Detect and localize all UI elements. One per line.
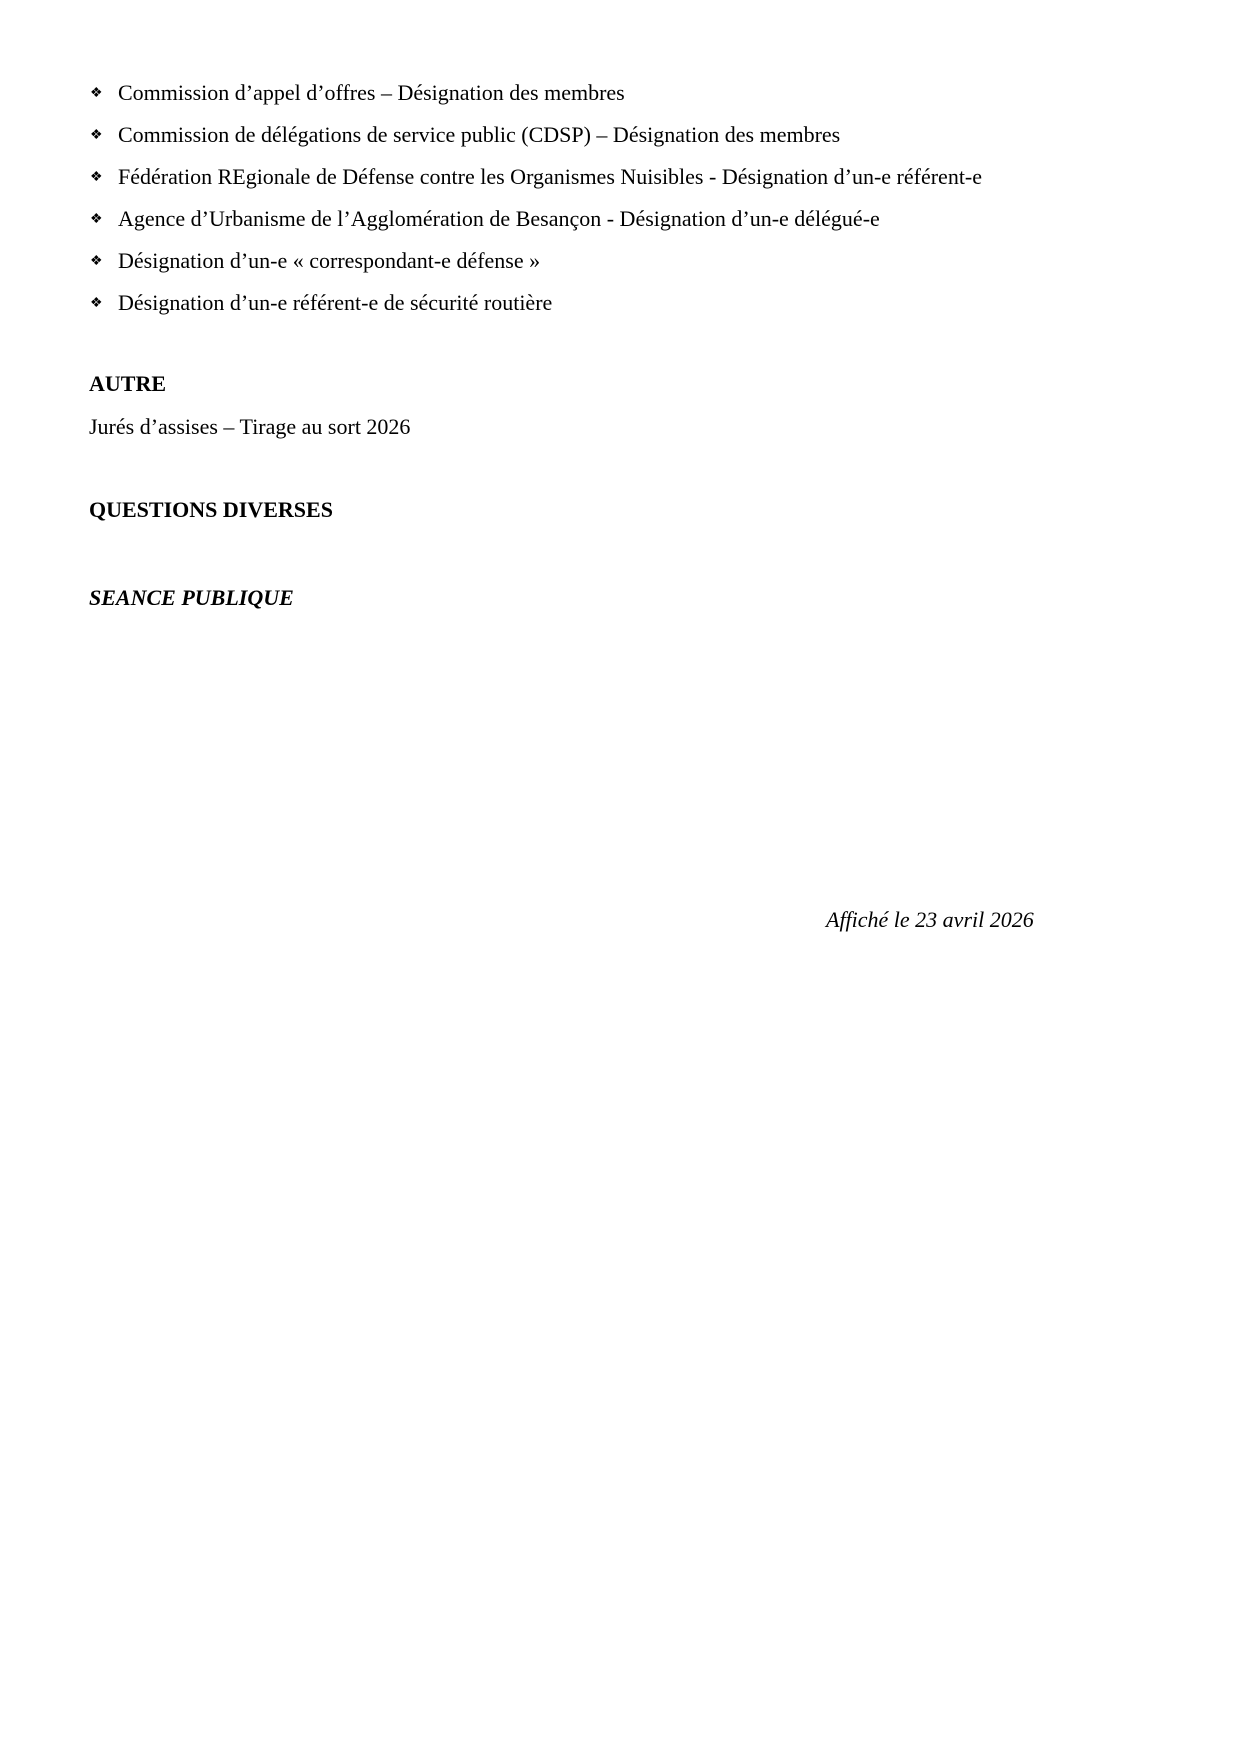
section-heading-questions-diverses: QUESTIONS DIVERSES	[89, 496, 333, 524]
diamond-dots-icon: ❖	[90, 87, 118, 101]
list-item-text: Commission d’appel d’offres – Désignatio…	[118, 76, 625, 110]
list-item-text: Désignation d’un-e référent-e de sécurit…	[118, 286, 552, 320]
list-item: ❖ Agence d’Urbanisme de l’Agglomération …	[90, 198, 982, 240]
diamond-dots-icon: ❖	[90, 171, 118, 185]
list-item: ❖ Désignation d’un-e référent-e de sécur…	[90, 282, 982, 324]
list-item: ❖ Désignation d’un-e « correspondant-e d…	[90, 240, 982, 282]
seance-publique-label: SEANCE PUBLIQUE	[89, 584, 294, 612]
diamond-dots-icon: ❖	[90, 213, 118, 227]
diamond-dots-icon: ❖	[90, 129, 118, 143]
list-item: ❖ Commission d’appel d’offres – Désignat…	[90, 72, 982, 114]
diamond-dots-icon: ❖	[90, 297, 118, 311]
list-item-text: Agence d’Urbanisme de l’Agglomération de…	[118, 202, 880, 236]
diamond-dots-icon: ❖	[90, 255, 118, 269]
section-heading-autre: AUTRE	[89, 370, 166, 398]
list-item-text: Désignation d’un-e « correspondant-e déf…	[118, 244, 540, 278]
list-item: ❖ Fédération REgionale de Défense contre…	[90, 156, 982, 198]
document-page: ❖ Commission d’appel d’offres – Désignat…	[0, 0, 1241, 1755]
posted-date-notice: Affiché le 23 avril 2026	[826, 906, 1034, 934]
designations-list: ❖ Commission d’appel d’offres – Désignat…	[90, 72, 982, 324]
list-item-text: Commission de délégations de service pub…	[118, 118, 840, 152]
list-item: ❖ Commission de délégations de service p…	[90, 114, 982, 156]
autre-body-text: Jurés d’assises – Tirage au sort 2026	[89, 413, 410, 441]
list-item-text: Fédération REgionale de Défense contre l…	[118, 160, 982, 194]
